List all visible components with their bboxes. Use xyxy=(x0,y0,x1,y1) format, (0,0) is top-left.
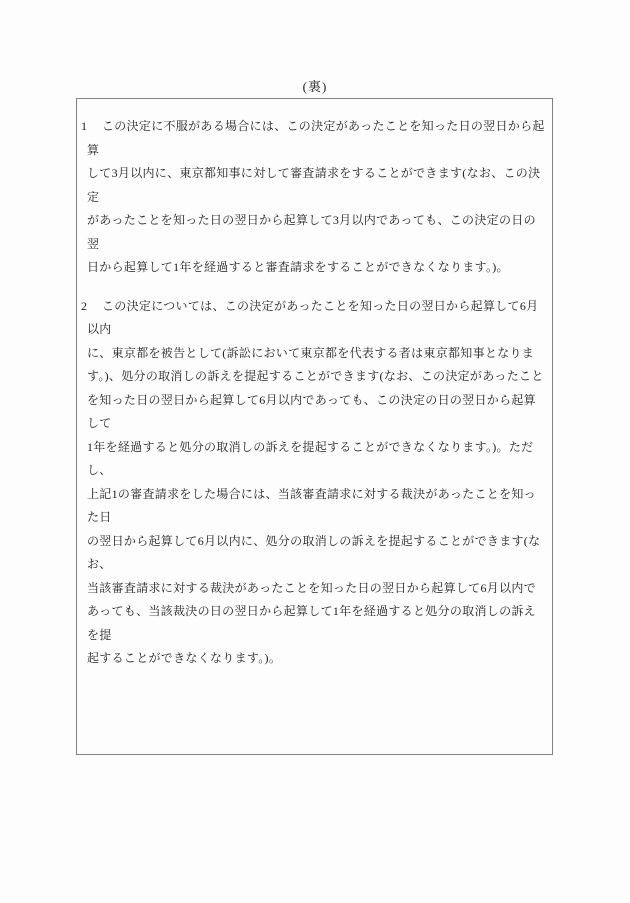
paragraph-line: の翌日から起算して6月以内に、処分の取消しの訴えを提起することができます(なお、 xyxy=(87,530,546,577)
paragraph-line: 当該審査請求に対する裁決があったことを知った日の翌日から起算して6月以内で xyxy=(87,577,546,601)
paragraph-line: す。)、処分の取消しの訴えを提起することができます(なお、この決定があったこと xyxy=(87,365,546,389)
paragraph-line: あっても、当該裁決の日の翌日から起算して1年を経過すると処分の取消しの訴えを提 xyxy=(87,600,546,647)
paragraph-line: 2この決定については、この決定があったことを知った日の翌日から起算して6月以内 xyxy=(87,295,546,342)
paragraph-text: この決定に不服がある場合には、この決定があったことを知った日の翌日から起算 xyxy=(87,119,545,157)
page-side-label: (裏) xyxy=(0,76,630,95)
paragraph-line: 日から起算して1年を経過すると審査請求をすることができなくなります。)。 xyxy=(87,256,546,280)
paragraph-number: 1 xyxy=(81,115,102,139)
paragraph-line: 上記1の審査請求をした場合には、当該審査請求に対する裁決があったことを知った日 xyxy=(87,483,546,530)
document-page: (裏) 1この決定に不服がある場合には、この決定があったことを知った日の翌日から… xyxy=(0,0,630,903)
paragraph-line: 起することができなくなります。)。 xyxy=(87,647,546,671)
paragraph-line: があったことを知った日の翌日から起算して3月以内であっても、この決定の日の翌 xyxy=(87,209,546,256)
paragraph-line: 1年を経過すると処分の取消しの訴えを提起することができなくなります。)。ただし、 xyxy=(87,436,546,483)
paragraph-line: に、東京都を被告として(訴訟において東京都を代表する者は東京都知事となりま xyxy=(87,342,546,366)
paragraph-line: 1この決定に不服がある場合には、この決定があったことを知った日の翌日から起算 xyxy=(87,115,546,162)
paragraph-line: を知った日の翌日から起算して6月以内であっても、この決定の日の翌日から起算して xyxy=(87,389,546,436)
paragraph-text: この決定については、この決定があったことを知った日の翌日から起算して6月以内 xyxy=(87,299,538,337)
paragraph-line: して3月以内に、東京都知事に対して審査請求をすることができます(なお、この決定 xyxy=(87,162,546,209)
appeal-notice-box: 1この決定に不服がある場合には、この決定があったことを知った日の翌日から起算 し… xyxy=(76,98,553,755)
paragraph-number: 2 xyxy=(81,295,102,319)
paragraph-lawsuit: 2この決定については、この決定があったことを知った日の翌日から起算して6月以内 … xyxy=(81,295,546,671)
paragraph-review-request: 1この決定に不服がある場合には、この決定があったことを知った日の翌日から起算 し… xyxy=(81,115,546,280)
